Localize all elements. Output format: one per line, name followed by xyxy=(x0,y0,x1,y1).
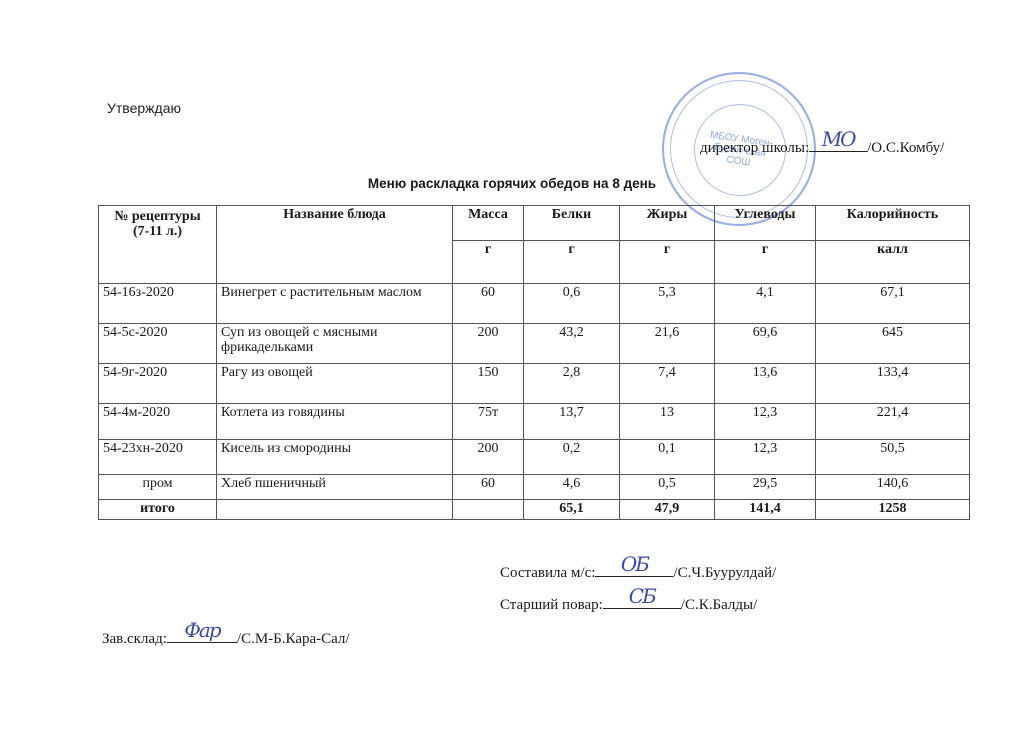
cell-calories: 140,6 xyxy=(816,475,970,500)
storekeeper-signature-line: Фар xyxy=(167,628,237,643)
nurse-signature-block: Составила м/с:ОБ/С.Ч.Буурулдай/ xyxy=(500,562,776,582)
cell-recipe-no: 54-4м-2020 xyxy=(99,404,217,440)
cell-carbs: 4,1 xyxy=(715,284,816,324)
header-proteins: Белки xyxy=(524,206,620,241)
cell-recipe-no: 54-23хн-2020 xyxy=(99,440,217,475)
cook-signature: СБ xyxy=(629,584,655,608)
total-carbs: 141,4 xyxy=(715,500,816,520)
cell-dish-name: Кисель из смородины xyxy=(217,440,453,475)
director-signature: МО xyxy=(822,127,855,151)
cell-carbs: 12,3 xyxy=(715,440,816,475)
header-fats: Жиры xyxy=(620,206,715,241)
table-total-row: итого 65,1 47,9 141,4 1258 xyxy=(99,500,970,520)
cell-mass: 75т xyxy=(453,404,524,440)
cell-dish-name: Рагу из овощей xyxy=(217,364,453,404)
cell-calories: 67,1 xyxy=(816,284,970,324)
header-carbs: Углеводы xyxy=(715,206,816,241)
cell-recipe-no: пром xyxy=(99,475,217,500)
page-title: Меню раскладка горячих обедов на 8 день xyxy=(0,176,1024,191)
total-proteins: 65,1 xyxy=(524,500,620,520)
table-row: 54-23хн-2020 Кисель из смородины 200 0,2… xyxy=(99,440,970,475)
cell-dish-name: Винегрет с растительным маслом xyxy=(217,284,453,324)
cell-calories: 50,5 xyxy=(816,440,970,475)
total-dish-name xyxy=(217,500,453,520)
table-header-row: № рецептуры (7-11 л.) Название блюда Мас… xyxy=(99,206,970,241)
storekeeper-signature-block: Зав.склад:Фар/С.М-Б.Кара-Сал/ xyxy=(102,628,350,648)
cell-fats: 0,5 xyxy=(620,475,715,500)
menu-table: № рецептуры (7-11 л.) Название блюда Мас… xyxy=(98,205,970,520)
table-row: 54-16з-2020 Винегрет с растительным масл… xyxy=(99,284,970,324)
cell-mass: 60 xyxy=(453,475,524,500)
cell-calories: 133,4 xyxy=(816,364,970,404)
table-row: 54-4м-2020 Котлета из говядины 75т 13,7 … xyxy=(99,404,970,440)
cell-fats: 0,1 xyxy=(620,440,715,475)
header-calories: Калорийность xyxy=(816,206,970,241)
table-row: 54-9г-2020 Рагу из овощей 150 2,8 7,4 13… xyxy=(99,364,970,404)
nurse-label: Составила м/с: xyxy=(500,565,595,581)
unit-fats: г xyxy=(620,241,715,284)
cell-dish-name: Хлеб пшеничный xyxy=(217,475,453,500)
cell-proteins: 43,2 xyxy=(524,324,620,364)
unit-carbs: г xyxy=(715,241,816,284)
total-label: итого xyxy=(99,500,217,520)
cook-label: Старший повар: xyxy=(500,597,603,613)
cell-dish-name: Суп из овощей с мясными фрикадельками xyxy=(217,324,453,364)
cell-mass: 200 xyxy=(453,440,524,475)
approve-label: Утверждаю xyxy=(107,100,181,116)
cell-mass: 150 xyxy=(453,364,524,404)
cell-mass: 60 xyxy=(453,284,524,324)
cell-proteins: 13,7 xyxy=(524,404,620,440)
total-fats: 47,9 xyxy=(620,500,715,520)
cell-mass: 200 xyxy=(453,324,524,364)
cell-dish-name: Котлета из говядины xyxy=(217,404,453,440)
cell-fats: 5,3 xyxy=(620,284,715,324)
header-dish-name: Название блюда xyxy=(217,206,453,284)
cell-calories: 645 xyxy=(816,324,970,364)
cell-carbs: 12,3 xyxy=(715,404,816,440)
cook-signature-block: Старший повар:СБ/С.К.Балды/ xyxy=(500,594,757,614)
cook-name: /С.К.Балды/ xyxy=(681,597,757,613)
cell-fats: 21,6 xyxy=(620,324,715,364)
unit-calories: калл xyxy=(816,241,970,284)
cell-fats: 13 xyxy=(620,404,715,440)
cell-recipe-no: 54-9г-2020 xyxy=(99,364,217,404)
cell-proteins: 0,2 xyxy=(524,440,620,475)
cell-carbs: 13,6 xyxy=(715,364,816,404)
director-approval: директор школы:МО/О.С.Комбу/ xyxy=(700,137,944,157)
nurse-signature: ОБ xyxy=(621,552,648,576)
storekeeper-signature: Фар xyxy=(184,618,219,642)
header-mass: Масса xyxy=(453,206,524,241)
cell-carbs: 29,5 xyxy=(715,475,816,500)
cell-proteins: 2,8 xyxy=(524,364,620,404)
cell-fats: 7,4 xyxy=(620,364,715,404)
director-signature-line: МО xyxy=(809,137,867,152)
nurse-signature-line: ОБ xyxy=(595,562,673,577)
total-calories: 1258 xyxy=(816,500,970,520)
cell-calories: 221,4 xyxy=(816,404,970,440)
unit-proteins: г xyxy=(524,241,620,284)
cell-proteins: 4,6 xyxy=(524,475,620,500)
cell-carbs: 69,6 xyxy=(715,324,816,364)
director-name: /О.С.Комбу/ xyxy=(867,140,944,156)
table-row: пром Хлеб пшеничный 60 4,6 0,5 29,5 140,… xyxy=(99,475,970,500)
director-label: директор школы: xyxy=(700,140,809,156)
cook-signature-line: СБ xyxy=(603,594,681,609)
total-mass xyxy=(453,500,524,520)
unit-mass: г xyxy=(453,241,524,284)
storekeeper-label: Зав.склад: xyxy=(102,631,167,647)
cell-recipe-no: 54-5с-2020 xyxy=(99,324,217,364)
header-recipe-no: № рецептуры (7-11 л.) xyxy=(99,206,217,284)
cell-recipe-no: 54-16з-2020 xyxy=(99,284,217,324)
cell-proteins: 0,6 xyxy=(524,284,620,324)
nurse-name: /С.Ч.Буурулдай/ xyxy=(673,565,776,581)
table-row: 54-5с-2020 Суп из овощей с мясными фрика… xyxy=(99,324,970,364)
storekeeper-name: /С.М-Б.Кара-Сал/ xyxy=(237,631,350,647)
